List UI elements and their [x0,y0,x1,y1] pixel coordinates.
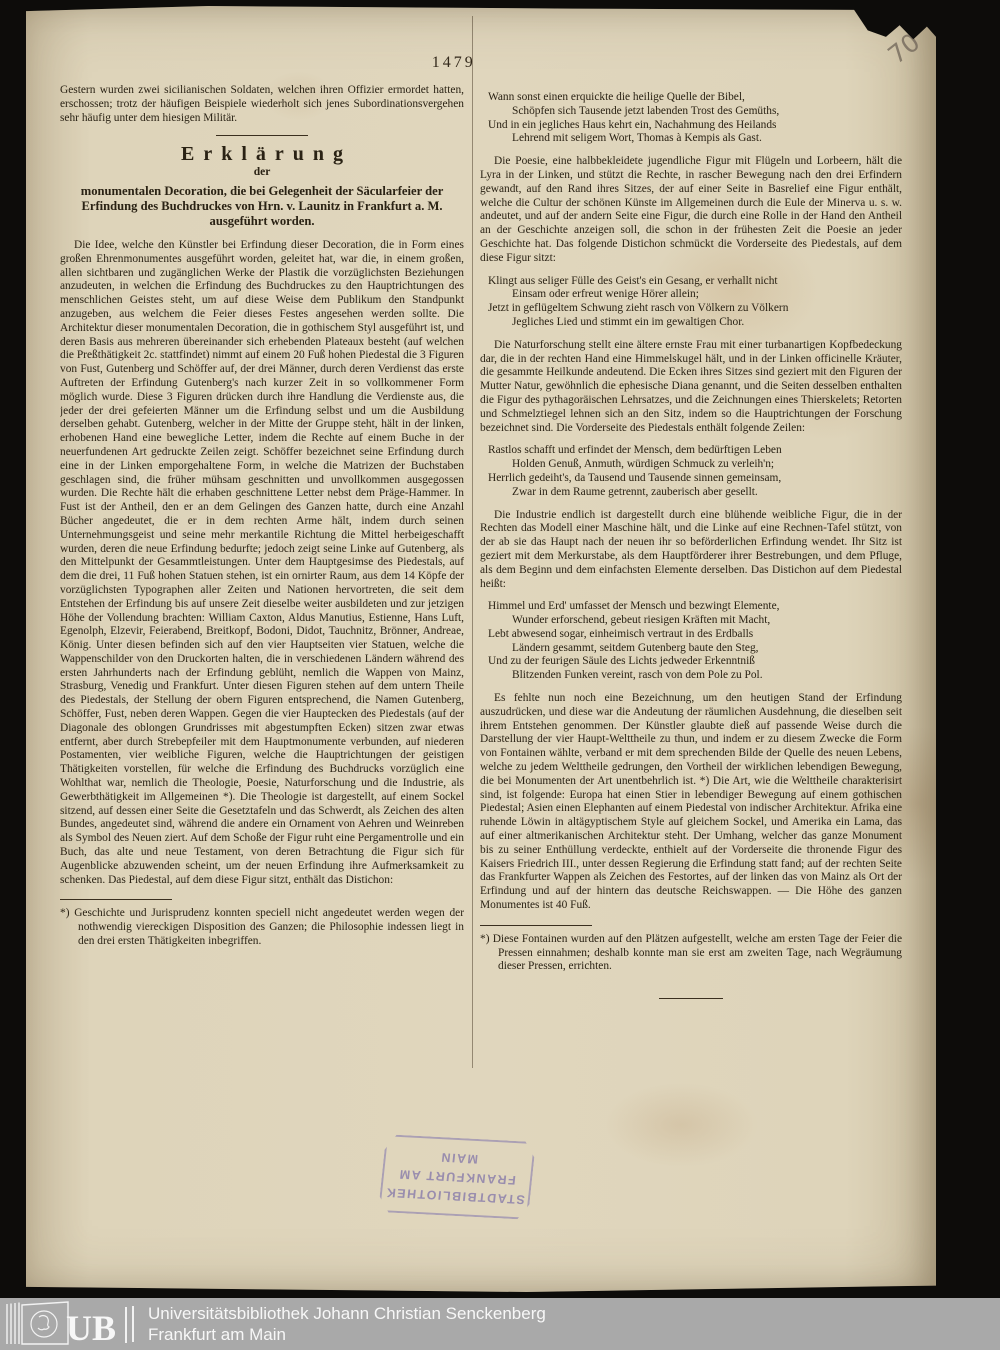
library-name: Universitätsbibliothek Johann Christian … [148,1303,546,1345]
library-name-line1: Universitätsbibliothek Johann Christian … [148,1303,546,1324]
logo-stripes [7,1303,19,1345]
logo-flag [22,1302,68,1344]
text-columns: Gestern wurden zwei sicilianischen Solda… [60,84,902,1288]
verse-line: Einsam oder erfreut wenige Hörer allein; [488,288,902,302]
article-subtitle: monumentalen Decoration, die bei Gelegen… [60,184,464,229]
paragraph-industrie: Die Industrie endlich ist dargestellt du… [480,509,902,592]
ub-logo: UB [4,1301,130,1347]
scanned-page: 1479 70 Gestern wurden zwei sicilianisch… [26,6,936,1292]
article-title: Erklärung [60,148,464,162]
verse-line: Himmel und Erd' umfasset der Mensch und … [488,600,902,614]
verse-line: Und zu der feurigen Säule des Lichts jed… [488,655,902,669]
footnote-left: *) Geschichte und Jurisprudenz konnten s… [60,907,464,948]
footnote-right: *) Diese Fontainen wurden auf den Plätze… [480,933,902,974]
article-title-connector: der [60,166,464,180]
goethe-portrait-icon [31,1311,57,1337]
handwritten-note: 70 [882,27,925,69]
footnote-rule [480,925,592,926]
end-divider-rule [659,998,723,999]
verse-himmel: Himmel und Erd' umfasset der Mensch und … [488,600,902,683]
verse-line: Schöpfen sich Tausende jetzt labenden Tr… [488,105,902,119]
verse-line: Und in ein jegliches Haus kehrt ein, Nac… [488,119,902,133]
library-stamp: STADTBIBLIOTHEK FRANKFURT AM MAIN [378,1134,536,1220]
logo-letters: UB [66,1308,116,1347]
verse-line: Jetzt in geflügeltem Schwung zieht rasch… [488,302,902,316]
library-branding-bar: UB Universitätsbibliothek Johann Christi… [0,1298,1000,1350]
left-column: Gestern wurden zwei sicilianischen Solda… [60,84,464,949]
verse-line: Jegliches Lied und stimmt ein im gewalti… [488,316,902,330]
verse-line: Wunder erforschend, gebeut riesigen Kräf… [488,614,902,628]
scan-viewer: 1479 70 Gestern wurden zwei sicilianisch… [0,0,1000,1350]
article-body: Die Idee, welche den Künstler bei Erfind… [60,239,464,887]
verse-line: Herrlich gedeiht's, da Tausend und Tause… [488,472,902,486]
page-number: 1479 [26,54,881,72]
paragraph-poesie: Die Poesie, eine halbbekleidete jugendli… [480,155,902,265]
verse-line: Zwar in dem Raume getrennt, zauberisch a… [488,486,902,500]
verse-bibel: Wann sonst einen erquickte die heilige Q… [488,91,902,146]
verse-line: Klingt aus seliger Fülle des Geist's ein… [488,275,902,289]
library-name-line2: Frankfurt am Main [148,1324,546,1345]
verse-line: Blitzenden Funken vereint, rasch von dem… [488,669,902,683]
stamp-line: FRANKFURT AM MAIN [383,1145,533,1190]
intro-paragraph: Gestern wurden zwei sicilianischen Solda… [60,84,464,125]
verse-line: Wann sonst einen erquickte die heilige Q… [488,91,902,105]
verse-line: Lehrend mit seligem Wort, Thomas à Kempi… [488,132,902,146]
paragraph-welttheile: Es fehlte nun noch eine Bezeichnung, um … [480,692,902,913]
verse-line: Rastlos schafft und erfindet der Mensch,… [488,444,902,458]
verse-line: Ländern gesammt, seitdem Gutenberg baute… [488,642,902,656]
paragraph-naturforschung: Die Naturforschung stellt eine ältere er… [480,339,902,436]
verse-gesang: Klingt aus seliger Fülle des Geist's ein… [488,275,902,330]
footer-separator [132,1306,134,1342]
footnote-rule [60,899,172,900]
right-column: Wann sonst einen erquickte die heilige Q… [480,84,902,999]
verse-line: Lebt abwesend sogar, einheimisch vertrau… [488,628,902,642]
verse-rastlos: Rastlos schafft und erfindet der Mensch,… [488,444,902,499]
verse-line: Holden Genuß, Anmuth, würdigen Schmuck z… [488,458,902,472]
section-rule [216,135,308,136]
